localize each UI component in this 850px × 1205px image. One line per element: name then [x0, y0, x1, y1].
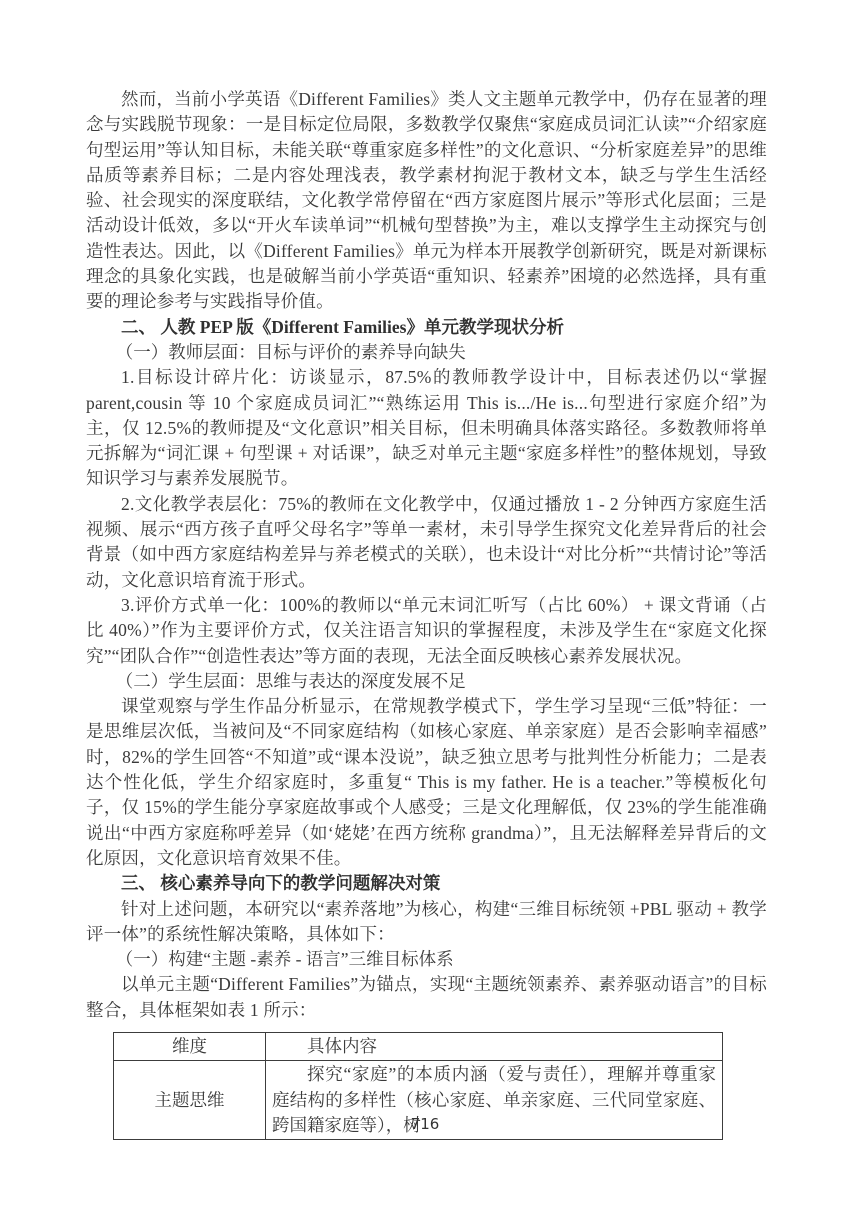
paragraph-culture-superficial: 2.文化教学表层化：75%的教师在文化教学中，仅通过播放 1 - 2 分钟西方家… [86, 492, 767, 593]
paper-page: 然而，当前小学英语《Different Families》类人文主题单元教学中，… [0, 0, 850, 1205]
paragraph-student-three-lows: 课堂观察与学生作品分析显示，在常规教学模式下，学生学习呈现“三低”特征：一是思维… [86, 694, 767, 871]
subsection-heading-3-1: （一）构建“主题 -素养 - 语言”三维目标体系 [86, 947, 767, 972]
paragraph-strategy-overview: 针对上述问题，本研究以“素养落地”为核心，构建“三维目标统领 +PBL 驱动 +… [86, 897, 767, 948]
paragraph-intro-problems: 然而，当前小学英语《Different Families》类人文主题单元教学中，… [86, 87, 767, 315]
table-header-dimension: 维度 [114, 1032, 266, 1060]
page-body: 然而，当前小学英语《Different Families》类人文主题单元教学中，… [86, 87, 767, 1140]
subsection-heading-2-2: （二）学生层面：思维与表达的深度发展不足 [86, 669, 767, 694]
paragraph-table-intro: 以单元主题“Different Families”为锚点，实现“主题统领素养、素… [86, 972, 767, 1023]
table-header-detail: 具体内容 [266, 1032, 723, 1060]
page-number: 716 [0, 1115, 850, 1133]
section-heading-2: 二、 人教 PEP 版《Different Families》单元教学现状分析 [86, 315, 767, 340]
subsection-heading-2-1: （一）教师层面：目标与评价的素养导向缺失 [86, 340, 767, 365]
paragraph-evaluation-single: 3.评价方式单一化：100%的教师以“单元末词汇听写（占比 60%） + 课文背… [86, 593, 767, 669]
paragraph-goal-fragmentation: 1.目标设计碎片化：访谈显示，87.5%的教师教学设计中，目标表述仍以“掌握 p… [86, 365, 767, 491]
section-heading-3: 三、 核心素养导向下的教学问题解决对策 [86, 871, 767, 896]
table-header-row: 维度 具体内容 [114, 1032, 723, 1060]
